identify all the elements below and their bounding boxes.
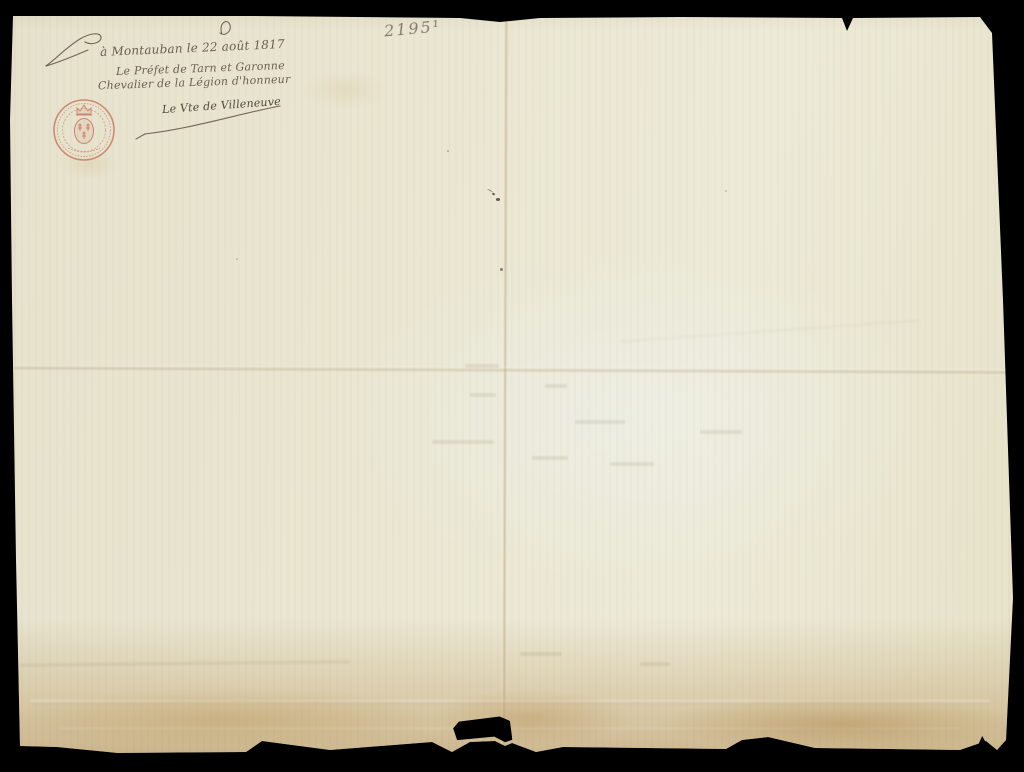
scanned-document-page: 2195¹ à Montauban le 22 août 1817 Le Pré… (0, 0, 1024, 772)
foxing-dot (725, 190, 727, 192)
bleedthrough-mark (532, 456, 568, 460)
handwritten-dateline: à Montauban le 22 août 1817 (100, 37, 285, 59)
bleedthrough-mark (640, 662, 670, 666)
handwritten-title-line2: Chevalier de la Légion d'honneur (98, 73, 291, 93)
ink-speck (487, 189, 493, 192)
age-stain (60, 150, 120, 180)
ink-speck (496, 198, 500, 201)
bottom-wrinkle (30, 700, 990, 704)
paper-sheet: 2195¹ à Montauban le 22 août 1817 Le Pré… (0, 0, 1024, 772)
bleedthrough-mark (610, 462, 654, 466)
ink-flourish (0, 0, 320, 160)
minor-crease (620, 320, 919, 343)
age-stain (300, 70, 390, 110)
bleedthrough-mark (575, 420, 625, 424)
prefecture-seal-stamp (50, 93, 118, 165)
pencil-archive-number: 2195¹ (383, 17, 442, 41)
bleedthrough-mark (465, 364, 499, 368)
foxing-dot (236, 258, 238, 260)
bleedthrough-mark (545, 384, 567, 388)
bleedthrough-mark (700, 430, 742, 434)
ink-speck (447, 150, 449, 152)
horizontal-fold-crease (14, 365, 1006, 375)
age-stain (10, 688, 440, 750)
bleedthrough-mark (470, 393, 496, 397)
bleedthrough-mark (520, 652, 562, 656)
paper-texture (0, 0, 1024, 772)
handwritten-signature: Le Vte de Villeneuve (162, 95, 282, 116)
ink-speck (500, 268, 503, 271)
handwritten-title-line1: Le Préfet de Tarn et Garonne (116, 59, 285, 78)
bleedthrough-mark (432, 440, 494, 444)
vertical-fold-crease (502, 16, 509, 746)
age-stain (660, 696, 1020, 752)
minor-crease (20, 660, 350, 666)
ink-speck (492, 192, 496, 195)
